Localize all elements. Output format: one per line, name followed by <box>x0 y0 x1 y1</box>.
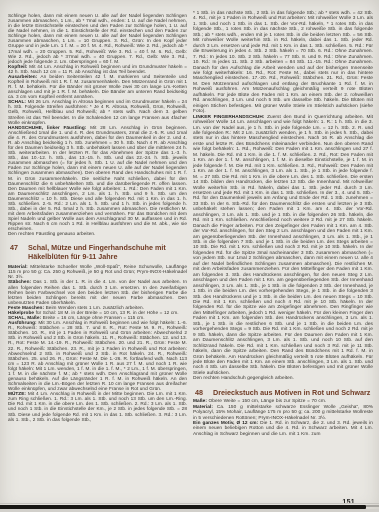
paragraph: Ein ganzes Motiv, Ø 12 cm: Die 1. Rd. in… <box>193 421 373 437</box>
paragraph: Kopfteil: Mit 44 Lm. Anschlag in Rohweiß… <box>8 64 187 74</box>
paragraph-text: Schlinge holen, dann mit einem neuen U. … <box>8 13 187 64</box>
paragraph: Material: Ca. 150 g mittelstarke schwarz… <box>193 405 373 421</box>
paragraph-text: Mit 30 Lm. Anschlag in Rohweiß beginnen … <box>8 320 187 391</box>
paragraph: Material: Mittelstarke Schoeller Wolle „… <box>8 264 187 279</box>
section-47-number: 47 <box>8 244 28 261</box>
paragraph: Schlinge holen, dann mit einem neuen U. … <box>8 13 187 64</box>
paragraph: Den rechten Fäustling genauso arbeiten. <box>8 231 187 236</box>
paragraph-text: * 1 Stb. in das nächste Stb., 2 Stb. in … <box>193 11 373 114</box>
right-column: * 1 Stb. in das nächste Stb., 2 Stb. in … <box>193 11 373 437</box>
scan-hairline <box>0 503 379 504</box>
paragraph-label: Maße: <box>193 399 209 404</box>
section-47-paragraphs: Material: Mittelstarke Schoeller Wolle „… <box>8 264 187 421</box>
paragraph: Ausführung: Mit 30 Lm. Anschlag in Rohwe… <box>8 320 187 391</box>
paragraph-text: Den rechten Handschuh gegengleich arbeit… <box>193 376 294 381</box>
paragraph-text: Ca. 150 g mittelstarke schwarze Esslinge… <box>193 405 373 421</box>
paragraph: Ausarbeiten: An beiden Seitenteilen 42 f… <box>8 74 187 99</box>
paragraph-text: Mit 4 Lm. Anschlag in Rohweiß in der Mit… <box>8 391 187 421</box>
section-47-heading: 47 Schal, Mütze und Fingerhandschuhe mit… <box>8 244 187 261</box>
paragraph: Stäbchen: Das 1. Stb. in der 1. R. in di… <box>8 279 187 304</box>
section-47-title: Schal, Mütze und Fingerhandschuhe mit Hä… <box>28 244 187 261</box>
paragraph: * 1 Stb. in das nächste Stb., 2 Stb. in … <box>193 11 373 115</box>
paragraph-text: Mittelstarke Schoeller Wolle „Woll-Spaß“… <box>8 264 187 279</box>
paragraph-text: Zuerst den Bund in Querrichtung arbeiten… <box>193 115 373 376</box>
paragraph-text: Mit 28 Lm. Anschlag in Grün beginnen. An… <box>8 125 187 232</box>
section-48-number: 48 <box>193 389 213 397</box>
paragraph: MÜTZE: Mit 4 Lm. Anschlag in Rohweiß in … <box>8 391 187 421</box>
scan-artifact-bar-tail <box>366 505 379 507</box>
paragraph: LINKER FINGERHANDSCHUH: Zuerst den Bund … <box>193 115 373 377</box>
paragraph-text: Mit 44 Lm. Anschlag in Rohweiß beginnen … <box>8 64 187 74</box>
paragraph: Den rechten Handschuh gegengleich arbeit… <box>193 376 373 381</box>
magazine-page: Schlinge holen, dann mit einem neuen U. … <box>0 0 379 512</box>
left-column: Schlinge holen, dann mit einem neuen U. … <box>8 13 187 422</box>
left-column-paragraphs: Schlinge holen, dann mit einem neuen U. … <box>8 13 187 236</box>
paragraph-label: LINKER FINGERHANDSCHUH: <box>193 115 267 120</box>
right-column-paragraphs: * 1 Stb. in das nächste Stb., 2 Stb. in … <box>193 11 373 382</box>
section-48-paragraphs: Maße: Obere Weite = 150 cm, Länge bis zu… <box>193 399 373 437</box>
paragraph: SCHAL: Mit 26 Lm. Anschlag in Altrosa be… <box>8 99 187 124</box>
paragraph-text: Das 1. Stb. in der 1. R. in die 4. Lm. v… <box>8 279 187 304</box>
paragraph-text: Den rechten Fäustling genauso arbeiten. <box>8 231 95 236</box>
section-48-heading: 48 Dreieckstuch aus Motiven in Rot und S… <box>193 389 373 397</box>
paragraph-text: Obere Weite = 150 cm, Länge bis zur Spit… <box>209 399 327 404</box>
paragraph-text: Mit 26 Lm. Anschlag in Altrosa beginnen … <box>8 99 187 124</box>
section-48-title: Dreieckstuch aus Motiven in Rot und Schw… <box>213 389 373 397</box>
paragraph: HANDSCHUHE, linker Fäustling: Mit 28 Lm.… <box>8 125 187 232</box>
paragraph-label: Material: <box>193 405 217 410</box>
